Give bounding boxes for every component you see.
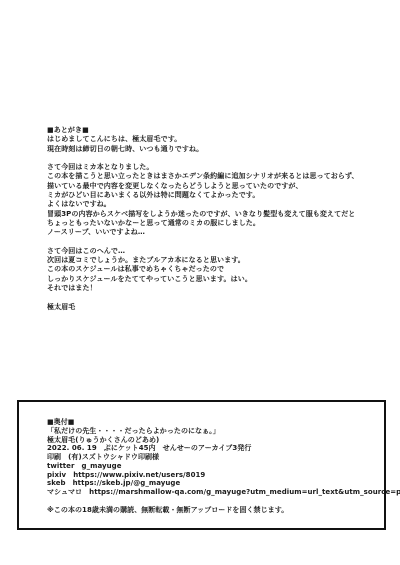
afterword-line: よくはないですね。 bbox=[47, 200, 387, 209]
afterword-line: はじめましてこんにちは、極太眉毛です。 bbox=[47, 135, 387, 144]
afterword-section: ■あとがき■ はじめましてこんにちは、極太眉毛です。 現在時刻は締切日の朝七時、… bbox=[47, 126, 387, 312]
twitter-handle: twitter g_mayuge bbox=[47, 462, 377, 471]
afterword-line: 描いている最中で内容を変更しなくなったらどうしようと思っていたのですが、 bbox=[47, 182, 387, 191]
colophon-line-blank bbox=[47, 497, 377, 506]
colophon-heading: ■奥付■ bbox=[47, 418, 377, 427]
afterword-line: 冒頭3Pの内容からスケベ描写をしようか迷ったのですが、いきなり髪型も変えて服も変… bbox=[47, 210, 387, 219]
author-circle-name: 極太眉毛(りゅうかくさんのどあめ) bbox=[47, 436, 377, 445]
colophon-box: ■奥付■ 「私だけの先生・・・・だったらよかったのになぁ。」 極太眉毛(りゅうか… bbox=[17, 400, 386, 530]
afterword-line: ちょっともったいないかなーと思って通常のミカの服にしました。 bbox=[47, 219, 387, 228]
afterword-heading: ■あとがき■ bbox=[47, 126, 387, 135]
pixiv-url: pixiv https://www.pixiv.net/users/8019 bbox=[47, 471, 377, 480]
afterword-line: ノースリーブ、いいですよね… bbox=[47, 228, 387, 237]
afterword-line: しっかりスケジュールをたててやっていこうと思います。はい。 bbox=[47, 275, 387, 284]
book-title: 「私だけの先生・・・・だったらよかったのになぁ。」 bbox=[47, 427, 377, 436]
afterword-line: さて今回はこのへんで… bbox=[47, 247, 387, 256]
author-signature: 極太眉毛 bbox=[47, 303, 387, 312]
skeb-url: skeb https://skeb.jp/@g_mayuge bbox=[47, 479, 377, 488]
age-restriction-notice: ※この本の18歳未満の購読、無断転載・無断アップロードを固く禁じます。 bbox=[47, 506, 377, 515]
afterword-line: ミカがひどい目にあいまくる以外は特に問題なくてよかったです。 bbox=[47, 191, 387, 200]
afterword-line: この本を描こうと思い立ったときはまさかエデン条約編に追加シナリオが来るとは思って… bbox=[47, 172, 387, 181]
doujin-afterword-page: ■あとがき■ はじめましてこんにちは、極太眉毛です。 現在時刻は締切日の朝七時、… bbox=[0, 0, 400, 565]
afterword-line: この本のスケジュールは私事でめちゃくちゃだったので bbox=[47, 265, 387, 274]
afterword-line-blank bbox=[47, 238, 387, 247]
printer-credit: 印刷 (有)スズトウシャドウ印刷様 bbox=[47, 453, 377, 462]
afterword-line-blank bbox=[47, 154, 387, 163]
afterword-line: 現在時刻は締切日の朝七時、いつも通りですね。 bbox=[47, 145, 387, 154]
colophon-section: ■奥付■ 「私だけの先生・・・・だったらよかったのになぁ。」 極太眉毛(りゅうか… bbox=[47, 418, 377, 514]
afterword-line: それではまた！ bbox=[47, 284, 387, 293]
marshmallow-url: マシュマロ https://marshmallow-qa.com/g_mayug… bbox=[47, 488, 377, 497]
publication-date-event: 2022. 06. 19 ぷにケット45内 せんせーのアーカイブ3発行 bbox=[47, 444, 377, 453]
afterword-line-blank bbox=[47, 293, 387, 302]
